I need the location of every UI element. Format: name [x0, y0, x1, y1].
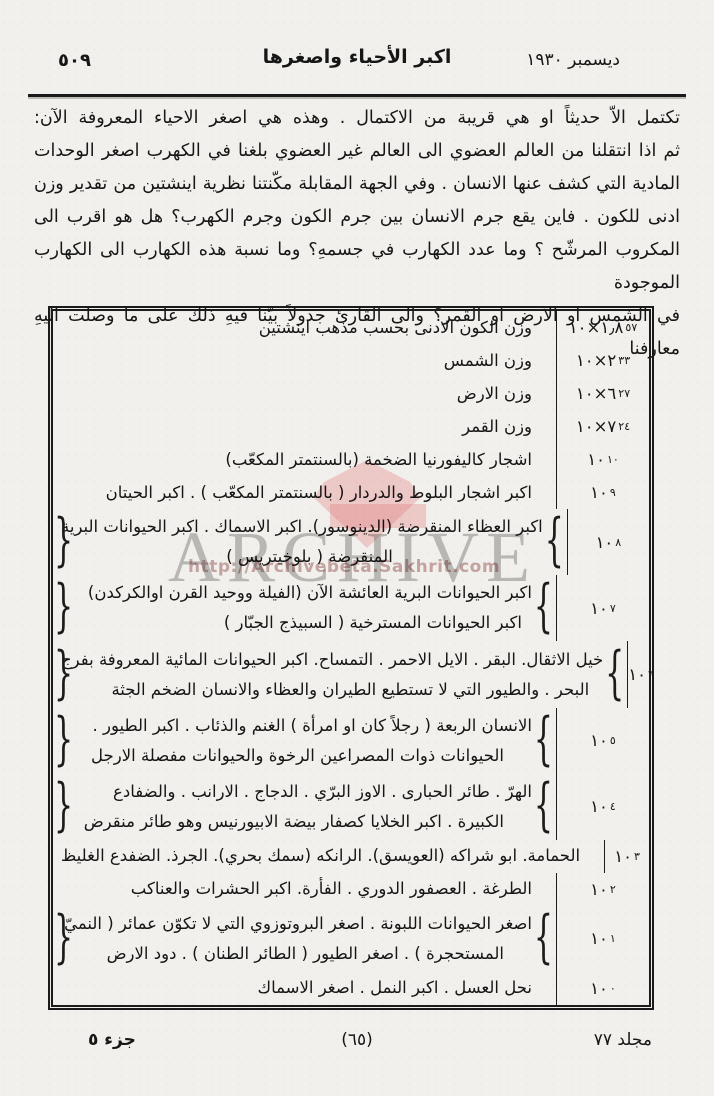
article-title: اكبر الأحياء واصغرها [36, 46, 678, 68]
value-exponent: ٣ [634, 850, 640, 863]
value-mantissa: ١٠ [590, 880, 608, 899]
value-mantissa: ٦×١٠ [576, 384, 616, 403]
brace-right-mark: } [534, 778, 553, 835]
table-row: اكبر الحيوانات البرية العائشة الآن (الفي… [53, 575, 649, 641]
scanned-page: ديسمبر ١٩٣٠ اكبر الأحياء واصغرها ٥٠٩ تكت… [0, 0, 714, 1096]
value-mantissa: ١٠ [596, 533, 614, 552]
value-exponent: ٨ [615, 536, 621, 549]
brace-left-mark: { [54, 910, 73, 967]
description-line: اصغر الحيوانات اللبونة . اصغر البروتوزوي… [61, 909, 532, 939]
paragraph-line: ادنى للكون . فاين يقع جرم الانسان بين جر… [34, 201, 680, 234]
value-mantissa: ١٠ [590, 797, 608, 816]
row-description: الهرّ . طائر الحبارى . الاوز البرّي . ال… [53, 774, 556, 840]
description-line: الهرّ . طائر الحبارى . الاوز البرّي . ال… [61, 777, 532, 807]
row-value: ١٠٥ [556, 708, 649, 774]
value-exponent: ٦ [648, 668, 654, 681]
row-value: ١٠١ [556, 906, 649, 972]
value-exponent: ٩ [610, 486, 616, 499]
description-line: وزن الكون الادنى بحسب مذهب اينشتين [61, 313, 532, 343]
value-exponent: ١ [610, 932, 616, 945]
description-line: الكبيرة . اكبر الخلايا كصفار بيضة الابيو… [61, 807, 532, 837]
row-description: اشجار كاليفورنيا الضخمة (بالسنتمتر المكع… [53, 443, 556, 476]
row-value: ١٫٨×١٠٥٧ [556, 311, 649, 344]
paragraph-line: ثم اذا انتقلنا من العالم العضوي الى العا… [34, 135, 680, 168]
row-description: اصغر الحيوانات اللبونة . اصغر البروتوزوي… [53, 906, 556, 972]
description-line: البحر . والطيور التي لا تستطيع الطيران و… [61, 675, 603, 705]
brace-right-mark: } [605, 646, 624, 703]
row-value: ١٠٦ [627, 641, 654, 707]
value-mantissa: ١٠ [587, 450, 605, 469]
row-value: ١٠٩ [556, 476, 649, 509]
row-value: ١٠١٠ [556, 443, 649, 476]
value-mantissa: ١٠ [590, 929, 608, 948]
brace-left-mark: { [54, 514, 73, 571]
row-description: وزن الشمس [53, 344, 556, 377]
brace-right-mark: } [534, 910, 553, 967]
table-row: اشجار كاليفورنيا الضخمة (بالسنتمتر المكع… [53, 443, 649, 476]
page-footer: مجلد ٧٧ (٦٥) جزء ٥ [36, 1030, 678, 1060]
value-exponent: ٣٣ [618, 354, 630, 367]
value-mantissa: ٧×١٠ [576, 417, 616, 436]
description-line: الحيوانات ذوات المصراعين الرخوة والحيوان… [61, 741, 532, 771]
table-row: وزن القمر٧×١٠٢٤ [53, 410, 649, 443]
value-exponent: ٤ [610, 800, 616, 813]
value-exponent: ٢٧ [618, 387, 630, 400]
row-description: الانسان الربعة ( رجلاً كان او امرأة ) ال… [53, 708, 556, 774]
row-value: ٢×١٠٣٣ [556, 344, 649, 377]
table-row: الحمامة. ابو شراكه (العويسق). الرانكه (س… [53, 840, 649, 873]
description-line: وزن القمر [61, 412, 532, 442]
row-description: خيل الاثقال. البقر . الايل الاحمر . التم… [53, 641, 627, 707]
row-value: ١٠٨ [567, 509, 649, 575]
value-exponent: ٠ [610, 982, 616, 995]
table-row: اكبر اشجار البلوط والدردار ( بالسنتمتر ا… [53, 476, 649, 509]
description-line: الانسان الربعة ( رجلاً كان او امرأة ) ال… [61, 711, 532, 741]
brace-left-mark: { [54, 646, 73, 703]
row-description: نحل العسل . اكبر النمل . اصغر الاسماك [53, 972, 556, 1005]
description-line: اشجار كاليفورنيا الضخمة (بالسنتمتر المكع… [61, 445, 532, 475]
value-mantissa: ١٠ [590, 731, 608, 750]
description-line: خيل الاثقال. البقر . الايل الاحمر . التم… [61, 645, 603, 675]
description-line: المنقرضة ( بلوخيتريس ) [61, 542, 543, 572]
row-description: وزن الارض [53, 377, 556, 410]
row-value: ١٠٧ [556, 575, 649, 641]
row-description: الطرغة . العصفور الدوري . الفأرة. اكبر ا… [53, 873, 556, 906]
table-row: نحل العسل . اكبر النمل . اصغر الاسماك١٠٠ [53, 972, 649, 1005]
row-value: ٧×١٠٢٤ [556, 410, 649, 443]
description-line: اكبر الحيوانات المسترخية ( السبيذج الجبّ… [61, 608, 532, 638]
value-mantissa: ١٠ [590, 599, 608, 618]
paragraph-line: المادية التي كشف عنها الانسان . وفي الجه… [34, 168, 680, 201]
row-value: ١٠٤ [556, 774, 649, 840]
brace-left-mark: { [54, 778, 73, 835]
row-value: ١٠٠ [556, 972, 649, 1005]
value-exponent: ٧ [610, 602, 616, 615]
row-value: ١٠٢ [556, 873, 649, 906]
table-row: وزن الكون الادنى بحسب مذهب اينشتين١٫٨×١٠… [53, 311, 649, 344]
table-row: وزن الارض٦×١٠٢٧ [53, 377, 649, 410]
description-line: الطرغة . العصفور الدوري . الفأرة. اكبر ا… [61, 874, 532, 904]
description-line: وزن الشمس [61, 346, 532, 376]
page-header: ديسمبر ١٩٣٠ اكبر الأحياء واصغرها ٥٠٩ [36, 44, 678, 84]
value-mantissa: ١٠ [590, 979, 608, 998]
brace-left-mark: { [54, 580, 73, 637]
value-exponent: ١٠ [607, 453, 619, 466]
weights-table-body: وزن الكون الادنى بحسب مذهب اينشتين١٫٨×١٠… [48, 306, 654, 1010]
row-description: اكبر العظاء المنقرضة (الدينوسور). اكبر ا… [53, 509, 567, 575]
description-line: الحمامة. ابو شراكه (العويسق). الرانكه (س… [61, 841, 580, 871]
brace-left-mark: { [54, 712, 73, 769]
row-value: ١٠٣ [604, 840, 649, 873]
header-rule [28, 94, 686, 97]
value-mantissa: ٢×١٠ [576, 351, 616, 370]
row-value: ٦×١٠٢٧ [556, 377, 649, 410]
table-row: اصغر الحيوانات اللبونة . اصغر البروتوزوي… [53, 906, 649, 972]
part-label: جزء ٥ [88, 1030, 136, 1050]
description-line: وزن الارض [61, 379, 532, 409]
table-row: وزن الشمس٢×١٠٣٣ [53, 344, 649, 377]
paragraph-line: تكتمل الاّ حديثاً او هي قريبة من الاكتما… [34, 102, 680, 135]
value-mantissa: ١٠ [614, 847, 632, 866]
value-mantissa: ١٫٨×١٠ [569, 318, 624, 337]
value-mantissa: ١٠ [628, 665, 646, 684]
paragraph-line: المكروب المرشّح ؟ وما عدد الكهارب في جسم… [34, 234, 680, 300]
value-exponent: ٢٤ [618, 420, 630, 433]
description-line: اكبر الحيوانات البرية العائشة الآن (الفي… [61, 578, 532, 608]
brace-right-mark: } [534, 712, 553, 769]
description-line: المستحجرة ) . اصغر الطيور ( الطائر الطنا… [61, 939, 532, 969]
table-row: الطرغة . العصفور الدوري . الفأرة. اكبر ا… [53, 873, 649, 906]
row-description: اكبر اشجار البلوط والدردار ( بالسنتمتر ا… [53, 476, 556, 509]
value-exponent: ٥ [610, 734, 616, 747]
brace-right-mark: } [545, 514, 564, 571]
page-number: ٥٠٩ [58, 50, 91, 71]
table-row: خيل الاثقال. البقر . الايل الاحمر . التم… [53, 641, 649, 707]
value-mantissa: ١٠ [590, 483, 608, 502]
table-row: الهرّ . طائر الحبارى . الاوز البرّي . ال… [53, 774, 649, 840]
value-exponent: ٢ [610, 883, 616, 896]
description-line: نحل العسل . اكبر النمل . اصغر الاسماك [61, 973, 532, 1003]
description-line: اكبر اشجار البلوط والدردار ( بالسنتمتر ا… [61, 478, 532, 508]
table-row: اكبر العظاء المنقرضة (الدينوسور). اكبر ا… [53, 509, 649, 575]
brace-right-mark: } [534, 580, 553, 637]
row-description: وزن القمر [53, 410, 556, 443]
row-description: وزن الكون الادنى بحسب مذهب اينشتين [53, 311, 556, 344]
description-line: اكبر العظاء المنقرضة (الدينوسور). اكبر ا… [61, 512, 543, 542]
row-description: اكبر الحيوانات البرية العائشة الآن (الفي… [53, 575, 556, 641]
row-description: الحمامة. ابو شراكه (العويسق). الرانكه (س… [53, 840, 604, 873]
value-exponent: ٥٧ [625, 321, 637, 334]
table-row: الانسان الربعة ( رجلاً كان او امرأة ) ال… [53, 708, 649, 774]
